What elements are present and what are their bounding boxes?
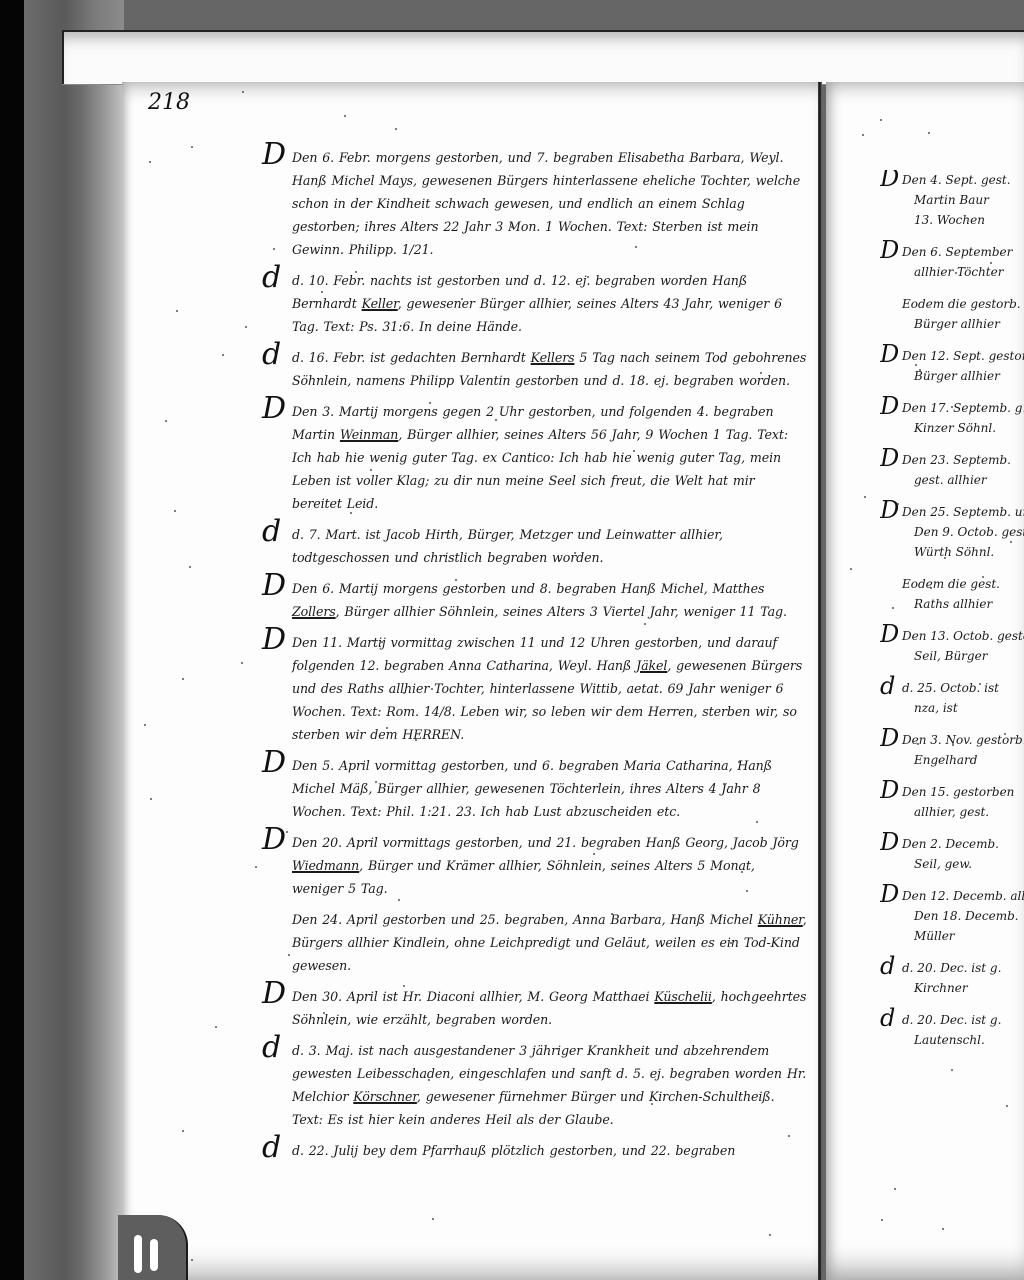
scan-speck (288, 954, 290, 956)
entry-text: Den 11. Martij vormittag zwischen 11 und… (292, 631, 807, 746)
entry-initial-flourish: D (880, 446, 899, 470)
register-entry: DDen 5. April vormittag gestorben, und 6… (262, 754, 807, 823)
entry-line: Den 25. Septemb. und 27. (902, 502, 1024, 522)
scan-speck (730, 942, 732, 944)
entry-initial-flourish: D (262, 625, 286, 655)
entry-line: Kirchner (902, 978, 1024, 998)
entry-line: Müller (902, 926, 1024, 946)
entry-text: d. 22. Julij bey dem Pfarrhauß plötzlich… (292, 1139, 807, 1162)
register-entry: DDen 30. April ist Hr. Diaconi allhier, … (262, 985, 807, 1031)
underlined-name: Weinman (340, 427, 398, 442)
gutter-shadow (80, 80, 125, 1280)
entry-line: d. 20. Dec. ist g. (902, 958, 1024, 978)
scan-speck (892, 607, 894, 609)
underlined-name: Kellers (531, 350, 575, 365)
register-entry-fragment: DDen 23. Septemb.gest. allhier (880, 450, 1024, 490)
film-edge (0, 0, 24, 1280)
entry-line: Kinzer Söhnl. (902, 418, 1024, 438)
entry-line: Den 6. September (902, 242, 1024, 262)
scan-speck (928, 132, 930, 134)
entry-text: Den 20. April vormittags gestorben, und … (292, 831, 807, 900)
register-entry-fragment: DDen 17. Septemb. g.Kinzer Söhnl. (880, 398, 1024, 438)
scan-speck (370, 469, 372, 471)
scan-speck (917, 743, 919, 745)
register-entry: DDen 6. Martij morgens gestorben und 8. … (262, 577, 807, 623)
scan-speck (245, 326, 247, 328)
entry-line: Den 12. Decemb. allhier (902, 886, 1024, 906)
entry-initial-flourish: d (262, 1033, 281, 1063)
entry-text: Den 5. April vormittag gestorben, und 6.… (292, 754, 807, 823)
register-entry-fragment: Eodem die gestorb.Bürger allhier (880, 294, 1024, 334)
register-entry: dd. 10. Febr. nachts ist gestorben und d… (262, 269, 807, 338)
entry-initial-flourish: D (880, 726, 899, 750)
entry-initial-flourish: D (880, 778, 899, 802)
register-entry: dd. 16. Febr. ist gedachten Bernhardt Ke… (262, 346, 807, 392)
scan-speck (850, 568, 852, 570)
entry-initial-flourish: D (880, 342, 899, 366)
scan-speck (756, 821, 758, 823)
entry-initial-flourish: D (880, 498, 899, 522)
register-entry-fragment: DDen 25. Septemb. und 27.Den 9. Octob. g… (880, 502, 1024, 562)
entry-line: d. 20. Dec. ist g. (902, 1010, 1024, 1030)
entry-initial-flourish: D (262, 825, 286, 855)
scan-speck (350, 512, 352, 514)
entry-text: d. 10. Febr. nachts ist gestorben und d.… (292, 269, 807, 338)
register-entry-fragment: dd. 20. Dec. ist g.Kirchner (880, 958, 1024, 998)
entry-initial-flourish: d (880, 954, 895, 978)
entry-line: allhier Töchter (902, 262, 1024, 282)
page-number: 218 (148, 90, 190, 115)
register-entry: DDen 11. Martij vormittag zwischen 11 un… (262, 631, 807, 746)
register-entry-fragment: DDen 2. Decemb.Seil, gew. (880, 834, 1024, 874)
register-entry-fragment: DDen 12. Sept. gestorb.Bürger allhier (880, 346, 1024, 386)
register-entry: dd. 7. Mart. ist Jacob Hirth, Bürger, Me… (262, 523, 807, 569)
entry-initial-flourish: D (262, 571, 286, 601)
entry-line: Den 23. Septemb. (902, 450, 1024, 470)
register-entry-fragment: DDen 13. Octob. gestorb.Seil, Bürger (880, 626, 1024, 666)
underlined-name: Wiedmann (292, 858, 359, 873)
entry-line: Martin Baur (902, 190, 1024, 210)
scan-speck (355, 271, 357, 273)
scan-speck (189, 566, 191, 568)
scan-speck (951, 1069, 953, 1071)
register-entry-fragment: dd. 20. Dec. ist g.Lautenschl. (880, 1010, 1024, 1050)
entry-line: Raths allhier (902, 594, 1024, 614)
underlined-name: Kühner (758, 912, 803, 927)
register-entry-fragment: Eodem die gest.Raths allhier (880, 574, 1024, 614)
register-entry-fragment: DDen 6. Septemberallhier Töchter (880, 242, 1024, 282)
entry-line: Eodem die gestorb. (902, 294, 1024, 314)
scan-speck (429, 402, 431, 404)
entry-initial-flourish: D (880, 238, 899, 262)
bottom-tab (118, 1215, 188, 1280)
entry-initial-flourish: d (262, 1133, 281, 1163)
register-entry: DDen 20. April vormittags gestorben, und… (262, 831, 807, 900)
entry-text: Den 30. April ist Hr. Diaconi allhier, M… (292, 985, 807, 1031)
paper-strip (62, 30, 1024, 85)
entry-line: Den 13. Octob. gestorb. (902, 626, 1024, 646)
entry-line: Lautenschl. (902, 1030, 1024, 1050)
entry-line: Seil, Bürger (902, 646, 1024, 666)
entry-text: d. 7. Mart. ist Jacob Hirth, Bürger, Met… (292, 523, 807, 569)
entry-line: Den 18. Decemb. (902, 906, 1024, 926)
underlined-name: Keller (362, 296, 398, 311)
register-entry: dd. 22. Julij bey dem Pfarrhauß plötzlic… (262, 1139, 807, 1162)
entry-line: nza, ist (902, 698, 1024, 718)
entry-line: Würth Söhnl. (902, 542, 1024, 562)
underlined-name: Körschner (353, 1089, 417, 1104)
register-entry-fragment: DDen 3. Nov. gestorb.Engelhard (880, 730, 1024, 770)
entry-line: Seil, gew. (902, 854, 1024, 874)
scan-speck (897, 503, 899, 505)
entry-line: Den 17. Septemb. g. (902, 398, 1024, 418)
entry-initial-flourish: D (880, 170, 899, 190)
entry-initial-flourish: d (262, 263, 281, 293)
scan-speck (242, 91, 244, 93)
entry-line: Engelhard (902, 750, 1024, 770)
tab-mark (134, 1235, 142, 1273)
entry-line: 13. Wochen (902, 210, 1024, 230)
entry-initial-flourish: d (880, 1006, 895, 1030)
register-entry-fragment: DDen 12. Decemb. allhierDen 18. Decemb.M… (880, 886, 1024, 946)
scan-speck (381, 641, 383, 643)
scan-speck (574, 552, 576, 554)
entry-initial-flourish: D (880, 394, 899, 418)
register-entry: Den 24. April gestorben und 25. begraben… (262, 908, 807, 977)
scan-speck (944, 557, 946, 559)
entry-initial-flourish: D (262, 748, 286, 778)
scan-speck (255, 866, 257, 868)
scan-speck (894, 1188, 896, 1190)
entry-line: Den 4. Sept. gest. (902, 170, 1024, 190)
scan-speck (432, 1218, 434, 1220)
scan-speck (728, 786, 730, 788)
register-entry-fragment: dd. 25. Octob. istnza, ist (880, 678, 1024, 718)
tab-mark (150, 1239, 158, 1271)
scan-speck (864, 496, 866, 498)
entry-line: allhier, gest. (902, 802, 1024, 822)
entry-line: gest. allhier (902, 470, 1024, 490)
register-entry-fragment: DDen 4. Sept. gest.Martin Baur13. Wochen (880, 170, 1024, 230)
underlined-name: Küschelii (654, 989, 712, 1004)
scan-speck (760, 372, 762, 374)
underlined-name: Jäkel (636, 658, 667, 673)
register-entry-fragment: DDen 15. gestorbenallhier, gest. (880, 782, 1024, 822)
scan-speck (241, 662, 243, 664)
scan-speck (395, 128, 397, 130)
scan-speck (375, 781, 377, 783)
entry-line: Bürger allhier (902, 314, 1024, 334)
register-entry: dd. 3. Maj. ist nach ausgestandener 3 jä… (262, 1039, 807, 1131)
register-entry: DDen 6. Febr. morgens gestorben, und 7. … (262, 146, 807, 261)
register-entries: DDen 6. Febr. morgens gestorben, und 7. … (262, 146, 807, 1170)
underlined-name: Zollers (292, 604, 336, 619)
scan-speck (979, 683, 981, 685)
entry-line: Den 9. Octob. gest. (902, 522, 1024, 542)
register-entry: DDen 3. Martij morgens gegen 2 Uhr gesto… (262, 400, 807, 515)
entry-text: d. 16. Febr. ist gedachten Bernhardt Kel… (292, 346, 807, 392)
scan-speck (191, 1259, 193, 1261)
entry-initial-flourish: d (262, 517, 281, 547)
entry-line: Den 12. Sept. gestorb. (902, 346, 1024, 366)
entry-initial-flourish: d (880, 674, 895, 698)
entry-line: d. 25. Octob. ist (902, 678, 1024, 698)
entry-line: Eodem die gest. (902, 574, 1024, 594)
scan-speck (321, 291, 323, 293)
book-spine (818, 82, 822, 1280)
entry-initial-flourish: D (262, 979, 286, 1009)
entry-text: Den 6. Martij morgens gestorben und 8. b… (292, 577, 807, 623)
scan-speck (738, 761, 740, 763)
scan-speck (635, 246, 637, 248)
entry-text: Den 3. Martij morgens gegen 2 Uhr gestor… (292, 400, 807, 515)
entry-line: Den 2. Decemb. (902, 834, 1024, 854)
entry-initial-flourish: d (262, 340, 281, 370)
scan-speck (174, 510, 176, 512)
entry-text: Den 6. Febr. morgens gestorben, und 7. b… (292, 146, 807, 261)
scan-speck (881, 1219, 883, 1221)
entry-initial-flourish: D (880, 882, 899, 906)
entry-text: d. 3. Maj. ist nach ausgestandener 3 jäh… (292, 1039, 807, 1131)
entry-initial-flourish: D (262, 140, 286, 170)
entry-initial-flourish: D (880, 622, 899, 646)
right-page-entries: DDen 4. Sept. gest.Martin Baur13. Wochen… (880, 170, 1024, 1062)
entry-line: Den 15. gestorben (902, 782, 1024, 802)
entry-initial-flourish: D (262, 394, 286, 424)
entry-initial-flourish: D (880, 830, 899, 854)
